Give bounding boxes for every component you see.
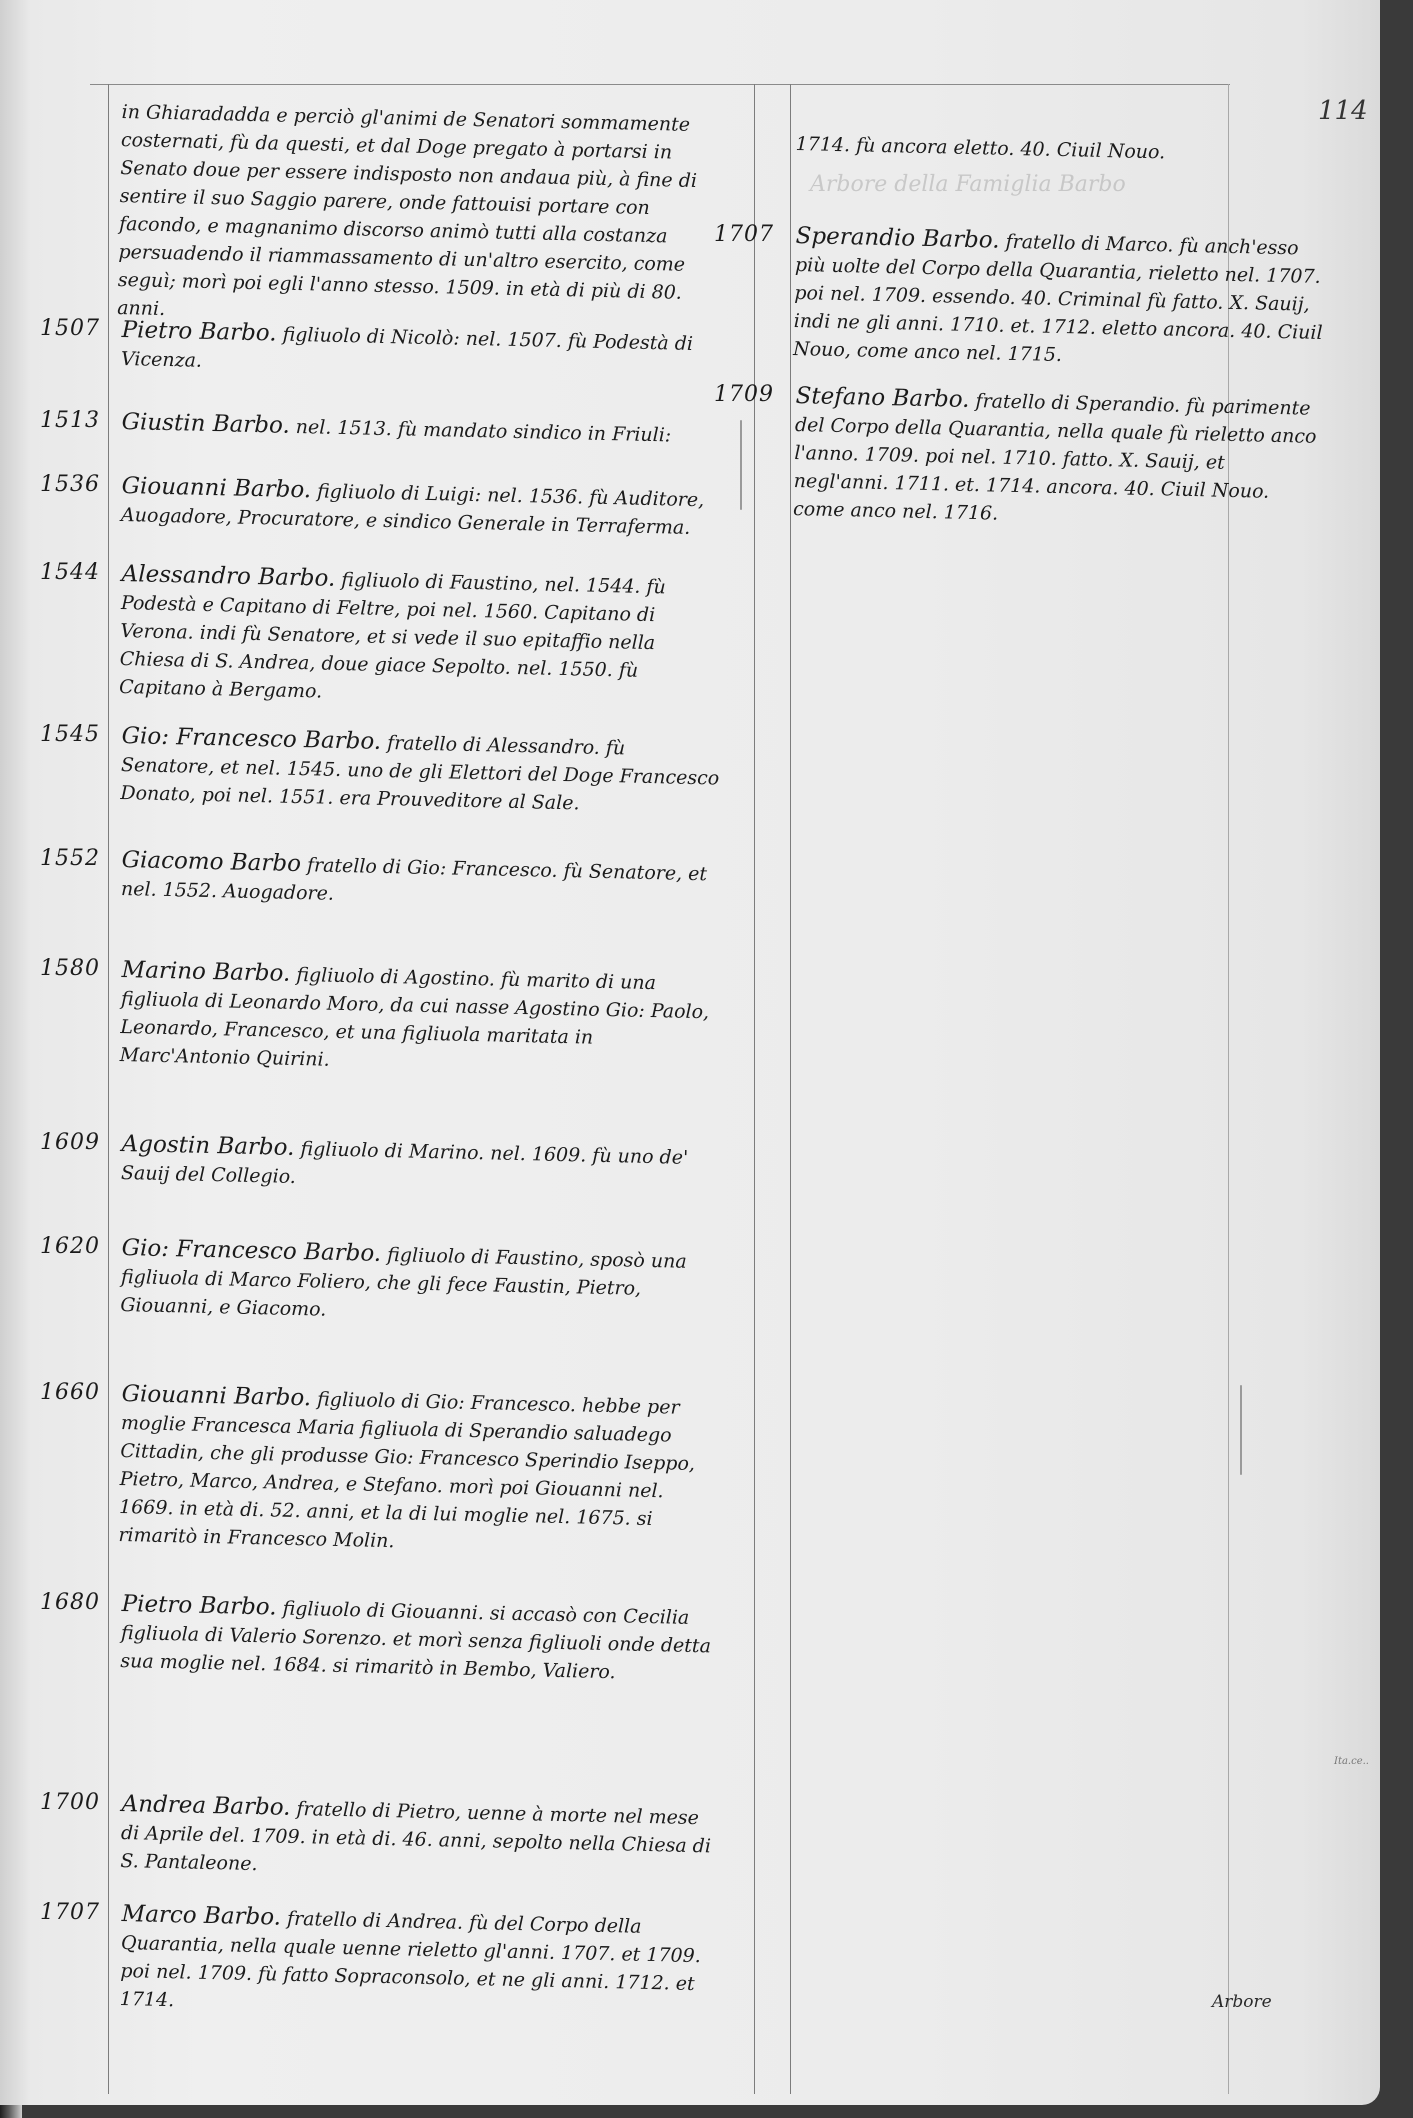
- entry-name: Giouanni Barbo.: [121, 473, 311, 503]
- catchword: Arbore: [1212, 1992, 1272, 2012]
- entry-1544-alessandro: 1544 Alessandro Barbo. figliuolo di Faus…: [40, 560, 730, 701]
- entry-name: Giacomo Barbo: [121, 847, 301, 877]
- entry-year: 1660: [40, 1380, 100, 1405]
- top-ruled-line: [90, 84, 1230, 85]
- entry-name: Giustin Barbo.: [121, 409, 290, 439]
- entry-year: 1536: [40, 472, 100, 497]
- entry-1709-stefano: 1709 Stefano Barbo. fratello di Sperandi…: [714, 382, 1334, 523]
- entry-name: Giouanni Barbo.: [121, 1381, 311, 1411]
- manuscript-page: 114 Arbore della Famiglia Barbo in Ghiar…: [0, 0, 1380, 2105]
- entry-1513-giustin: 1513 Giustin Barbo. nel. 1513. fù mandat…: [40, 408, 730, 437]
- entry-1700-andrea: 1700 Andrea Barbo. fratello di Pietro, u…: [40, 1790, 730, 1875]
- entry-year: 1544: [40, 560, 100, 585]
- entry-name: Stefano Barbo.: [795, 383, 969, 413]
- entry-name: Gio: Francesco Barbo.: [121, 1235, 381, 1267]
- entry-name: Alessandro Barbo.: [121, 561, 335, 592]
- left-continuation-entry: in Ghiaradadda e perciò gl'animi de Sena…: [40, 98, 730, 322]
- entry-1707-sperandio: 1707 Sperandio Barbo. fratello di Marco.…: [714, 222, 1334, 363]
- entry-text: figliuolo di Faustino, nel. 1544. fù Pod…: [119, 569, 666, 703]
- entry-1552-giacomo: 1552 Giacomo Barbo fratello di Gio: Fran…: [40, 846, 730, 903]
- entry-1707-marco: 1707 Marco Barbo. fratello di Andrea. fù…: [40, 1900, 730, 2013]
- entry-name: Andrea Barbo.: [121, 1791, 290, 1821]
- entry-text: figliuolo di Gio: Francesco. hebbe per m…: [118, 1388, 695, 1552]
- entry-year: 1707: [40, 1900, 100, 1925]
- entry-name: Sperandio Barbo.: [795, 223, 999, 254]
- entry-name: Gio: Francesco Barbo.: [121, 723, 381, 755]
- entry-year: 1680: [40, 1590, 100, 1615]
- entry-year: 1545: [40, 722, 100, 747]
- entry-name: Pietro Barbo.: [121, 317, 276, 347]
- entry-1580-marino: 1580 Marino Barbo. figliuolo di Agostino…: [40, 956, 730, 1069]
- entry-text: in Ghiaradadda e perciò gl'animi de Sena…: [117, 98, 722, 336]
- entry-text: nel. 1513. fù mandato sindico in Friuli:: [296, 416, 672, 447]
- bleed-through-heading: Arbore della Famiglia Barbo: [810, 172, 1126, 197]
- entry-1660-giouanni: 1660 Giouanni Barbo. figliuolo di Gio: F…: [40, 1380, 730, 1549]
- entry-name: Marco Barbo.: [121, 1901, 281, 1931]
- entry-name: Agostin Barbo.: [121, 1131, 294, 1161]
- entry-1536-giouanni: 1536 Giouanni Barbo. figliuolo di Luigi:…: [40, 472, 730, 529]
- margin-bracket: [1240, 1385, 1242, 1475]
- entry-year: 1609: [40, 1130, 100, 1155]
- entry-1680-pietro: 1680 Pietro Barbo. figliuolo di Giouanni…: [40, 1590, 730, 1675]
- entry-year: 1709: [714, 382, 774, 407]
- entry-year: 1513: [40, 408, 100, 433]
- entry-text: fratello di Marco. fù anch'esso più uolt…: [793, 231, 1323, 366]
- entry-year: 1552: [40, 846, 100, 871]
- margin-note: Ita.ce..: [1334, 1756, 1369, 1767]
- entry-text: 1714. fù ancora eletto. 40. Ciuil Nouo.: [795, 130, 1325, 170]
- entry-year: 1580: [40, 956, 100, 981]
- entry-year: 1507: [40, 316, 100, 341]
- entry-1609-agostin: 1609 Agostin Barbo. figliuolo di Marino.…: [40, 1130, 730, 1187]
- folio-number: 114: [1318, 96, 1368, 126]
- entry-year: 1707: [714, 222, 774, 247]
- entry-name: Marino Barbo.: [121, 957, 290, 987]
- entry-1545-gio-francesco: 1545 Gio: Francesco Barbo. fratello di A…: [40, 722, 730, 807]
- entry-name: Pietro Barbo.: [121, 1591, 276, 1621]
- entry-1507-pietro: 1507 Pietro Barbo. figliuolo di Nicolò: …: [40, 316, 730, 373]
- entry-year: 1700: [40, 1790, 100, 1815]
- entry-1620-gio-francesco: 1620 Gio: Francesco Barbo. figliuolo di …: [40, 1234, 730, 1319]
- entry-year: 1620: [40, 1234, 100, 1259]
- right-continuation-entry: 1714. fù ancora eletto. 40. Ciuil Nouo.: [714, 130, 1334, 158]
